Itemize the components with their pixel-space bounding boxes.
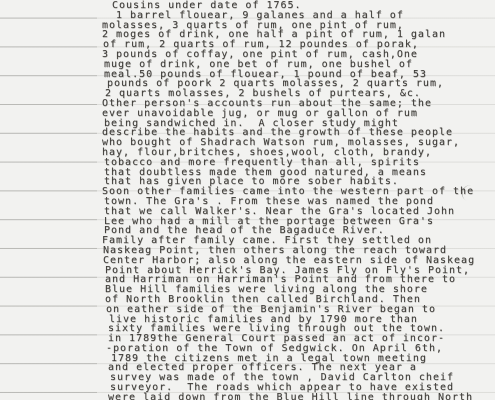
scanned-document-page: Cousins under date of 1765. 1 barrel flo… <box>0 0 495 400</box>
ruled-lines <box>0 0 97 400</box>
text-line: were laid down from the Blue Hill line t… <box>108 393 495 400</box>
typewritten-text: Cousins under date of 1765. 1 barrel flo… <box>100 1 495 400</box>
